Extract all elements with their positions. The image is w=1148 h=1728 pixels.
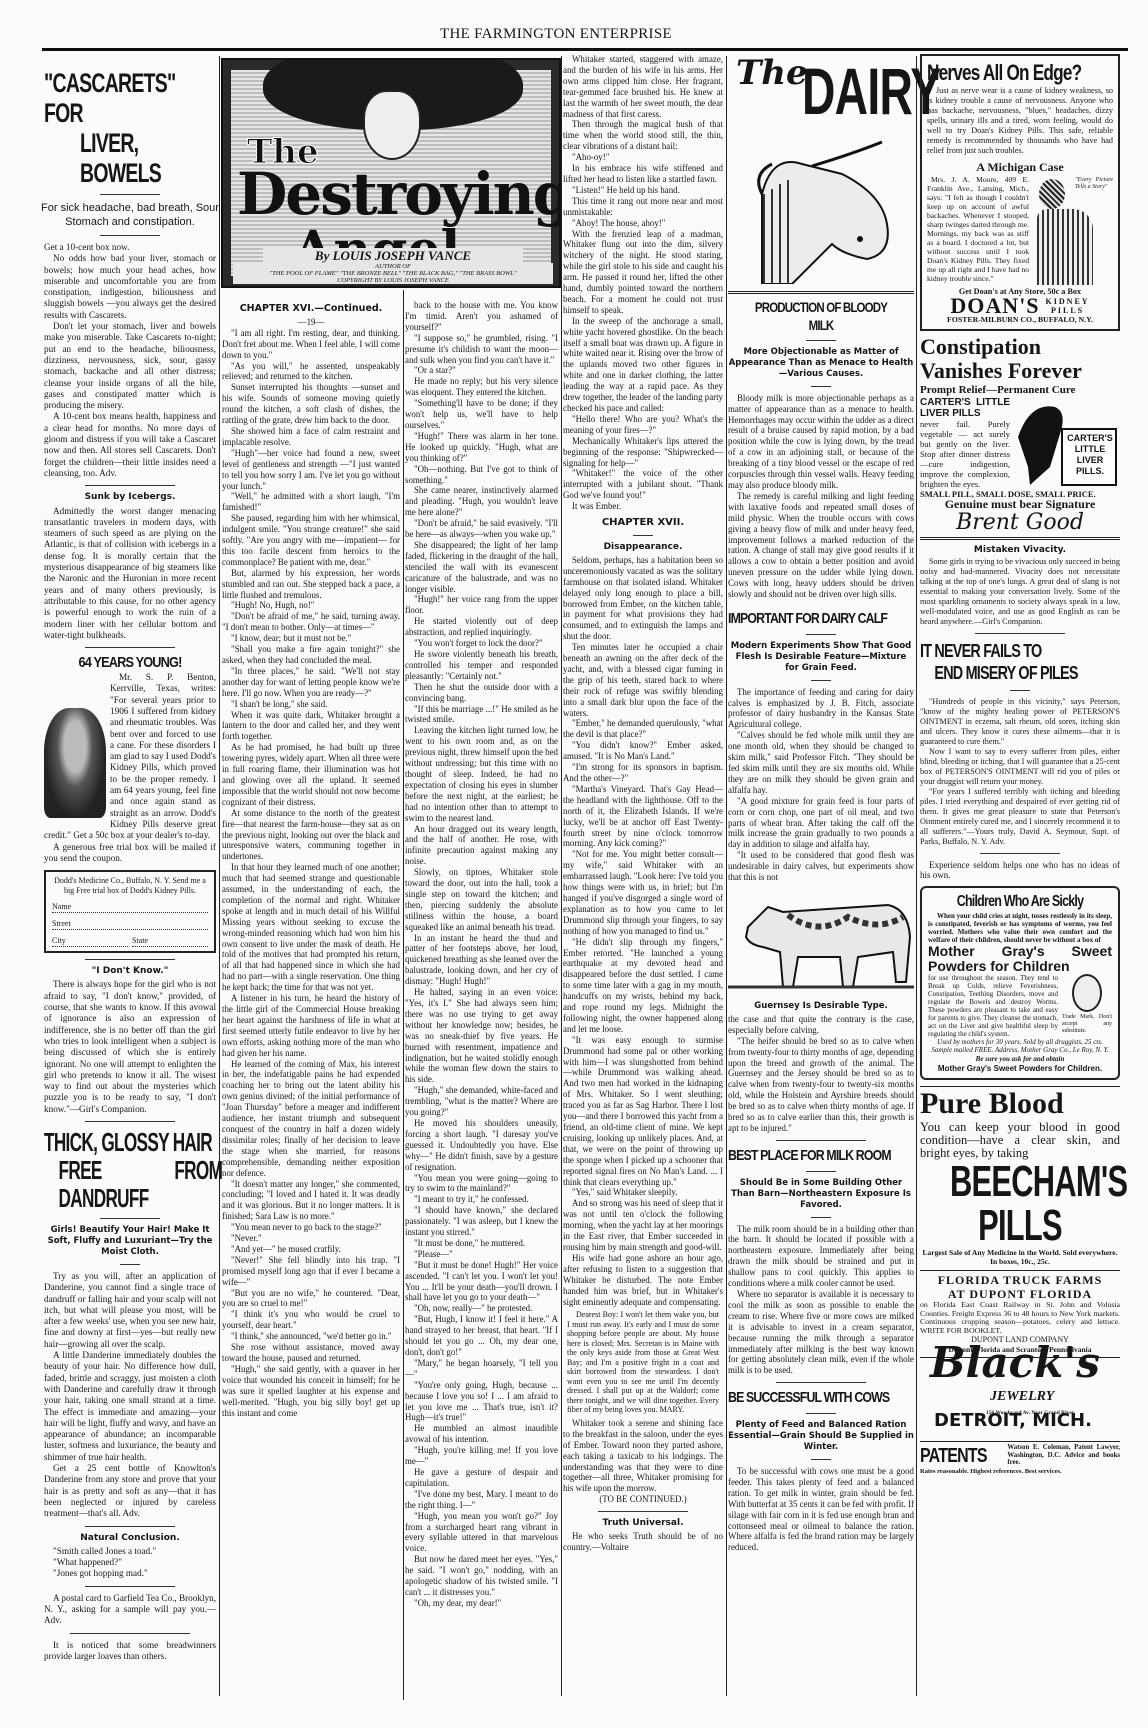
cascarets-headline-1: "CASCARETS" FOR <box>44 68 217 128</box>
cascarets-headline-2: LIVER, BOWELS <box>44 128 217 188</box>
serial-paragraph: Then he shut the outside door with a con… <box>405 682 558 704</box>
banner-title-1: Destroying <box>237 160 561 228</box>
mother-portrait-illustration: Trade Mark. Don't accept any substitute. <box>1062 974 1112 1034</box>
patents-footer: Rates reasonable. Highest references. Be… <box>920 1467 1120 1477</box>
danderine-subhead: Girls! Beautify Your Hair! Make It Soft,… <box>44 1225 216 1258</box>
serial-paragraph: "Hugh!" her voice rang from the upper fl… <box>405 594 558 616</box>
patents-headline: PATENTS <box>920 1445 987 1467</box>
serial-column-b: back to the house with me. You know I'm … <box>405 300 558 1609</box>
mother-gray-ad: Children Who Are Sickly When your child … <box>920 886 1120 1080</box>
carters-headline-2: Vanishes Forever <box>920 359 1120 383</box>
coupon-text: Dodd's Medicine Co., Buffalo, N. Y. Send… <box>52 876 208 896</box>
florida-body: on Florida East Coast Railway in St. Joh… <box>920 1301 1120 1335</box>
danderine-ad: THICK, GLOSSY HAIR FREE FROM DANDRUFF Gi… <box>44 1128 216 1520</box>
serial-paragraph: He moved his shoulders uneasily, forcing… <box>405 1118 558 1173</box>
destroying-angel-banner: The Destroying Angel By LOUIS JOSEPH VAN… <box>221 58 561 288</box>
woman-illustration: "Every Picture Tells a Story" <box>1033 175 1113 287</box>
dairy-paragraph: The remedy is careful milking and light … <box>728 491 914 600</box>
breadwinners-filler: It is noticed that some breadwinners pro… <box>44 1640 216 1663</box>
serial-paragraph: "You're only going, Hugh, because ... be… <box>405 1380 558 1424</box>
serial-paragraph: Ten minutes later he occupied a chair be… <box>563 642 723 718</box>
serial-paragraph: "Oh—nothing. But I've got to think of so… <box>405 464 558 486</box>
beechams-body: You can keep your blood in good conditio… <box>920 1121 1120 1160</box>
carters-signature-line: Genuine must bear Signature <box>920 499 1120 509</box>
dodds-coupon[interactable]: Dodd's Medicine Co., Buffalo, N. Y. Send… <box>44 870 216 953</box>
dont-know-title: "I Don't Know." <box>44 966 216 977</box>
serial-paragraph: "If this be marriage ...!" He smiled as … <box>405 704 558 726</box>
serial-paragraph: In his embrace his wife stiffened and li… <box>563 163 723 185</box>
dodds-body: A generous free trial box will be mailed… <box>44 842 216 865</box>
serial-column-a: CHAPTER XVI.—Continued. —19— "I am all r… <box>222 300 400 1418</box>
column-rule <box>561 56 562 1696</box>
carters-headline-1: Constipation <box>920 335 1120 359</box>
dairy-paragraph: "Calves should be fed whole milk until t… <box>728 730 914 795</box>
serial-paragraph: "Never!" She fell blindly into his trap.… <box>222 1255 400 1288</box>
serial-paragraph: He swore violently beneath his breath, c… <box>405 649 558 682</box>
serial-paragraph: She disappeared; the light of her lamp f… <box>405 540 558 595</box>
guernsey-caption: Guernsey Is Desirable Type. <box>728 1001 914 1012</box>
peterson-paragraph: "Hundreds of people in this vicinity," s… <box>920 697 1120 747</box>
serial-paragraphs: back to the house with me. You know I'm … <box>405 300 558 1609</box>
installment-number: —19— <box>222 317 400 328</box>
serial-paragraph: Whitaker took a serene and shining face … <box>563 1418 723 1494</box>
experience-filler: Experience seldom helps one who has no i… <box>920 860 1120 880</box>
serial-paragraph: He learned of the coming of Max, his int… <box>222 1059 400 1179</box>
serial-paragraph: He started violently out of deep abstrac… <box>405 616 558 638</box>
serial-paragraph: At some distance to the north of the gre… <box>222 808 400 863</box>
serial-paragraph: "Oh, now, really—" he protested. <box>405 1303 558 1314</box>
serial-paragraph: In an instant he heard the thud and patt… <box>405 933 558 988</box>
serial-paragraph: Leaving the kitchen light turned low, he… <box>405 725 558 823</box>
chapter-xvii-heading: CHAPTER XVII. <box>563 518 723 529</box>
coupon-state-field[interactable]: State <box>132 936 208 947</box>
beechams-ad: Pure Blood You can keep your blood in go… <box>920 1086 1120 1266</box>
serial-paragraph: He made no reply; but his very silence w… <box>405 376 558 398</box>
natural-conclusion-title: Natural Conclusion. <box>44 1533 216 1544</box>
serial-paragraphs: Seldom, perhaps, has a habitation been s… <box>563 555 723 1308</box>
carters-ad: Constipation Vanishes Forever Prompt Rel… <box>920 335 1120 540</box>
serial-paragraph: "I'm strong for its sponsors in baptism.… <box>563 762 723 784</box>
serial-paragraph: "Listen!" He held up his hand. <box>563 185 723 196</box>
dairy-paragraph: Where no separator is available it is ne… <box>728 1289 914 1376</box>
serial-paragraph: "Something'll have to be done; if they w… <box>405 398 558 431</box>
serial-paragraph: "But, Hugh, I know it! I feel it here." … <box>405 1314 558 1358</box>
serial-paragraph: "Mary," he began hoarsely, "I tell you—" <box>405 1358 558 1380</box>
dairy-paragraph: The milk room should be in a building ot… <box>728 1224 914 1289</box>
newspaper-title: THE FARMINGTON ENTERPRISE <box>440 26 672 43</box>
serial-paragraph: "Yes," said Whitaker sleepily. <box>563 1187 723 1198</box>
serial-paragraph: His wife had gone ashore an hour ago, af… <box>563 1253 723 1308</box>
serial-paragraph: "Hugh"—her voice had found a new, sweet … <box>222 448 400 492</box>
mother-gray-used-by: Used by mothers for 30 years. Sold by al… <box>928 1038 1112 1054</box>
serial-paragraph: "I've done my best, Mary. I meant to do … <box>405 1489 558 1511</box>
serial-paragraph: An hour dragged out its weary length, an… <box>405 824 558 868</box>
serial-paragraph: "I am all right. I'm resting, dear, and … <box>222 328 400 361</box>
serial-paragraph: "And yet—" he mused cratfily. <box>222 1244 400 1255</box>
serial-paragraph: "Hugh," she demanded, white-faced and tr… <box>405 1085 558 1118</box>
column-1: "CASCARETS" FOR LIVER, BOWELS For sick h… <box>44 54 216 1662</box>
dont-know-body: There is always hope for the girl who is… <box>44 979 216 1115</box>
cascarets-paragraph: A 10-cent box means health, happiness an… <box>44 411 216 479</box>
serial-paragraph: "I think it's you who would be cruel to … <box>222 1309 400 1331</box>
to-be-continued: (TO BE CONTINUED.) <box>563 1494 723 1505</box>
carters-box-label: CARTER'S LITTLE LIVER PILLS. <box>1066 433 1114 477</box>
serial-paragraph: As he had promised, he had built up thre… <box>222 742 400 807</box>
serial-paragraph: "Please—" <box>405 1249 558 1260</box>
serial-paragraph: "Ahoy! The house, ahoy!" <box>563 218 723 229</box>
serial-paragraph: "Hugh," she said gently, with a quaver i… <box>222 1364 400 1419</box>
beechams-headline: Pure Blood <box>920 1087 1120 1121</box>
serial-paragraph: He gave a gesture of despair and capitul… <box>405 1467 558 1489</box>
doans-brand: DOAN'S <box>950 301 1039 311</box>
cascarets-subhead: For sick headache, bad breath, Sour Stom… <box>40 201 220 229</box>
milk-room-subhead: Should Be in Some Building Other Than Ba… <box>728 1178 914 1211</box>
serial-paragraph: "It must be done," he muttered. <box>405 1238 558 1249</box>
doans-ad: Nerves All On Edge? Just as nerve wear i… <box>920 54 1120 331</box>
serial-paragraph: "Ember," he demanded querulously, "what … <box>563 718 723 740</box>
danderine-paragraph: Try as you will, after an application of… <box>44 1271 216 1350</box>
doans-case-title: A Michigan Case <box>927 162 1113 172</box>
serial-paragraph: When it was quite dark, Whitaker brought… <box>222 710 400 743</box>
serial-paragraph: It was Ember. <box>563 501 723 512</box>
picture-caption: "Every Picture Tells a Story" <box>1075 177 1113 191</box>
serial-paragraph: "Never." <box>222 1233 400 1244</box>
danderine-paragraph: A little Danderine immediately doubles t… <box>44 1350 216 1463</box>
dairy-logo-the: The <box>736 68 808 79</box>
joke-line: "What happened?" <box>44 1557 216 1568</box>
florida-headline-2: AT DUPONT FLORIDA <box>920 1287 1120 1301</box>
serial-paragraph: "I suppose so," he grumbled, rising. "I … <box>405 333 558 366</box>
serial-paragraph: She showed him a face of calm restraint … <box>222 426 400 448</box>
carters-tagline: Prompt Relief—Permanent Cure <box>920 383 1120 397</box>
coupon-street-field[interactable]: Street <box>52 919 208 930</box>
serial-paragraph: "Hugh, you're killing me! If you love me… <box>405 1445 558 1467</box>
serial-paragraph: Then through the magical hush of that ti… <box>563 119 723 152</box>
portrait-photo <box>44 708 106 818</box>
joke-line: "Jones got hopping mad." <box>44 1568 216 1579</box>
cascarets-paragraph: Get a 10-cent box now. <box>44 242 216 253</box>
dairy-column: The DAIRY PRODUCTION OF BLOODY MILK More… <box>728 54 914 1553</box>
serial-paragraph: "Hugh, you mean you won't go?" Joy from … <box>405 1511 558 1555</box>
serial-paragraph: She rose without assistance, moved away … <box>222 1342 400 1364</box>
serial-paragraph: And so strong was his need of sleep that… <box>563 1198 723 1253</box>
chapter-heading: CHAPTER XVI.—Continued. <box>222 304 400 315</box>
serial-paragraph: "Aho-oy!" <box>563 152 723 163</box>
serial-paragraph: "Or a star?" <box>405 365 558 376</box>
serial-paragraph: "Oh, my dear, my dear!" <box>405 1598 558 1609</box>
mother-gray-brand: Mother Gray's Sweet Powders for Children <box>928 944 1112 974</box>
serial-paragraph: "You mean never to go back to the stage?… <box>222 1222 400 1233</box>
serial-paragraph: "You mean you were going—going to try to… <box>405 1173 558 1195</box>
mary-letter: Dearest Boy: I won't let them wake you, … <box>567 1310 719 1415</box>
serial-paragraph: "You won't forget to lock the door?" <box>405 638 558 649</box>
carters-signature: Brent Good <box>920 509 1120 540</box>
banner-author-of: AUTHOR OF <box>233 263 553 270</box>
woman-face-illustration <box>363 90 421 160</box>
mother-gray-footer: Mother Gray's Sweet Powders for Children… <box>928 1064 1112 1074</box>
peterson-headline-1: IT NEVER FAILS TO <box>920 640 1120 662</box>
serial-paragraph: In the sweep of the anchorage a small, w… <box>563 316 723 414</box>
serial-paragraph: "Hugh!" There was alarm in her tone. He … <box>405 431 558 464</box>
blacks-city: DETROIT, MICH. <box>934 1416 1092 1426</box>
successful-cows-headline: BE SUCCESSFUL WITH COWS <box>728 1389 917 1407</box>
crow-with-sign-illustration: CARTER'S LITTLE LIVER PILLS. <box>1010 397 1120 489</box>
dodds-ad: 64 YEARS YOUNG! Mr. S. P. Benton, Kerrvi… <box>44 654 216 953</box>
truth-universal-body: He who seeks Truth should be of no count… <box>563 1531 723 1553</box>
mother-gray-headline: Children Who Are Sickly <box>948 892 1092 912</box>
serial-paragraph: "Don't be afraid," he said evasively. "I… <box>405 518 558 540</box>
serial-paragraph: "I meant to try it," he confessed. <box>405 1194 558 1205</box>
serial-paragraph: "I shan't be long," she said. <box>222 699 400 710</box>
guernsey-cow-icon <box>728 887 914 997</box>
serial-paragraph: Seldom, perhaps, has a habitation been s… <box>563 555 723 642</box>
trade-mark-note: Trade Mark. Don't accept any substitute. <box>1062 1014 1112 1035</box>
blacks-brand: Black's <box>930 1358 1100 1368</box>
column-rule <box>916 56 917 1696</box>
dodds-headline: 64 YEARS YOUNG! <box>57 654 203 672</box>
garfield-notice: A postal card to Garfield Tea Co., Brook… <box>44 1593 216 1627</box>
serial-paragraph: "Martha's Vineyard. That's Gay Head—the … <box>563 784 723 849</box>
serial-paragraph: Slowly, on tiptoes, Whitaker stole towar… <box>405 867 558 932</box>
ads-column: Nerves All On Edge? Just as nerve wear i… <box>920 54 1120 1477</box>
chapter-xvii-subtitle: Disappearance. <box>563 542 723 553</box>
danderine-paragraph: Get a 25 cent bottle of Knowlton's Dande… <box>44 1463 216 1519</box>
serial-paragraph: She came nearer, instinctively alarmed a… <box>405 485 558 518</box>
doans-headline: Nerves All On Edge? <box>927 60 1122 86</box>
serial-paragraph: "As you will," he assented, unspeakably … <box>222 361 400 383</box>
serial-paragraphs: Whitaker started, staggered with amaze, … <box>563 54 723 512</box>
dairy-paragraph: The importance of feeding and caring for… <box>728 687 914 731</box>
doans-maker: FOSTER-MILBURN CO., BUFFALO, N.Y. <box>927 315 1113 325</box>
coupon-city-field[interactable]: City <box>52 936 128 947</box>
vivacity-title: Mistaken Vivacity. <box>920 545 1120 555</box>
serial-paragraph: "I should have known," she declared pass… <box>405 1205 558 1238</box>
danderine-headline-2: FREE FROM DANDRUFF <box>44 1156 222 1212</box>
serial-column-c: Whitaker started, staggered with amaze, … <box>563 54 723 1553</box>
serial-paragraph: "But you are no wife," he countered. "De… <box>222 1288 400 1310</box>
peterson-ad: IT NEVER FAILS TO END MISERY OF PILES "H… <box>920 640 1120 847</box>
peterson-headline-2: END MISERY OF PILES <box>920 662 1120 684</box>
serial-paragraph: "Not for me. You might better consult—my… <box>563 849 723 936</box>
blacks-sub: JEWELRY <box>990 1392 1054 1402</box>
serial-paragraphs: "I am all right. I'm resting, dear, and … <box>222 328 400 1419</box>
banner-works: "THE POOL OF FLAME" "THE BRONZE BELL" "T… <box>233 270 553 277</box>
serial-paragraph: "Don't be afraid of me," he said, turnin… <box>222 611 400 633</box>
icebergs-body: Admittedly the worst danger menacing tra… <box>44 506 216 642</box>
serial-paragraph: Mechanically Whitaker's lips uttered the… <box>563 436 723 469</box>
peterson-paragraph: "For years I suffered terribly with itch… <box>920 787 1120 847</box>
serial-paragraph: "I think," she announced, "we'd better g… <box>222 1331 400 1342</box>
masthead-rule <box>42 48 1128 51</box>
banner-copyright: COPYRIGHT BY LOUIS JOSEPH VANCE <box>233 277 553 284</box>
peterson-paragraph: Now I want to say to every sufferer from… <box>920 747 1120 787</box>
joke-line: "Smith called Jones a toad." <box>44 1546 216 1557</box>
coupon-name-field[interactable]: Name <box>52 902 208 913</box>
truth-universal-title: Truth Universal. <box>563 1518 723 1529</box>
serial-paragraph: "Hugh! No, Hugh, no!" <box>222 600 400 611</box>
serial-paragraph: He mumbled an almost inaudible avowal of… <box>405 1423 558 1445</box>
column-rule <box>726 56 727 1696</box>
dairy-paragraph: Bloody milk is more objectionable perhap… <box>728 393 914 491</box>
mother-gray-be-sure: Be sure you ask for and obtain <box>928 1054 1112 1064</box>
patents-ad: PATENTS Watson E. Coleman, Patent Lawyer… <box>920 1441 1120 1467</box>
bloody-milk-headline: PRODUCTION OF BLOODY MILK <box>745 298 898 334</box>
serial-paragraph: "Shall you make a fire again tonight?" s… <box>222 644 400 666</box>
serial-paragraph: With the frenzied leap of a madman, Whit… <box>563 229 723 316</box>
bloody-milk-subhead: More Objectionable as Matter of Appearan… <box>728 347 914 380</box>
successful-cows-subhead: Plenty of Feed and Balanced Ration Essen… <box>728 1420 914 1453</box>
serial-paragraph: Sunset interrupted his thoughts —sunset … <box>222 382 400 426</box>
serial-paragraph: This time it rang out more near and most… <box>563 196 723 218</box>
serial-paragraph: But, alarmed by his expression, her word… <box>222 568 400 601</box>
beechams-brand-2: PILLS <box>950 1204 1090 1248</box>
dairy-paragraph: "The heifer should be bred so as to calv… <box>728 1036 914 1134</box>
serial-paragraph: "It doesn't matter any longer," she comm… <box>222 1179 400 1223</box>
dairy-paragraph: "A good mixture for grain feed is four p… <box>728 796 914 851</box>
dairy-calf-headline: IMPORTANT FOR DAIRY CALF <box>728 610 917 628</box>
serial-paragraph: "Well," he admitted with a short laugh, … <box>222 491 400 513</box>
masthead: THE FARMINGTON ENTERPRISE <box>0 20 1148 50</box>
serial-paragraph: "But it must be done! Hugh!" Her voice a… <box>405 1260 558 1304</box>
danderine-headline-1: THICK, GLOSSY HAIR <box>44 1128 222 1156</box>
banner-byline: By LOUIS JOSEPH VANCE <box>263 248 523 264</box>
cascarets-paragraph: No odds how bad your liver, stomach or b… <box>44 253 216 321</box>
dairy-paragraph: "It used to be considered that good fles… <box>728 850 914 883</box>
milk-room-headline: BEST PLACE FOR MILK ROOM <box>728 1147 917 1165</box>
beechams-footer: Largest Sale of Any Medicine in the Worl… <box>920 1248 1120 1266</box>
dairy-logo: The DAIRY <box>728 54 914 294</box>
serial-paragraph: back to the house with me. You know I'm … <box>405 300 558 333</box>
column-rule <box>403 290 404 1700</box>
patents-body: Watson E. Coleman, Patent Lawyer, Washin… <box>1007 1444 1120 1467</box>
dairy-calf-subhead: Modern Experiments Show That Good Flesh … <box>728 641 914 674</box>
blacks-jewelry-ad: Black's JEWELRY 156 Woodward Av. Near Gr… <box>920 1357 1120 1439</box>
serial-paragraph: "Whitaker!" the voice of the other inter… <box>563 468 723 501</box>
cascarets-paragraph: Don't let your stomach, liver and bowels… <box>44 321 216 411</box>
icebergs-title: Sunk by Icebergs. <box>44 492 216 503</box>
serial-paragraph: She paused, regarding him with her whims… <box>222 513 400 568</box>
serial-paragraph: In that hour they learned much of one an… <box>222 862 400 993</box>
serial-paragraph: "It was easy enough to surmise Drummond … <box>563 1035 723 1188</box>
serial-paragraph: "You didn't know?" Ember asked, amused. … <box>563 740 723 762</box>
column-rule <box>219 56 220 1696</box>
beechams-brand-1: BEECHAM'S <box>950 1160 1090 1204</box>
cascarets-ad: "CASCARETS" FOR LIVER, BOWELS For sick h… <box>44 68 216 479</box>
serial-paragraph: Whitaker started, staggered with amaze, … <box>563 54 723 119</box>
serial-paragraph: But now he dared meet her eyes. "Yes," h… <box>405 1554 558 1598</box>
doans-intro: Just as nerve wear is a cause of kidney … <box>927 86 1113 156</box>
cow-head-icon <box>732 134 912 284</box>
florida-headline-1: FLORIDA TRUCK FARMS <box>920 1273 1120 1287</box>
serial-paragraph: "I know, dear; but it must not be." <box>222 633 400 644</box>
serial-paragraph: "Hello there! Who are you? What's the me… <box>563 414 723 436</box>
mother-gray-intro: When your child cries at night, tosses r… <box>928 912 1112 944</box>
serial-paragraph: A listener in his turn, he heard the his… <box>222 993 400 1058</box>
serial-paragraph: "He didn't slip through my fingers," Emb… <box>563 937 723 1035</box>
serial-paragraph: "In three places," he said. "We'll not s… <box>222 666 400 699</box>
dairy-paragraph: the case and that quite the contrary is … <box>728 1014 914 1036</box>
vivacity-body: Some girls in trying to be vivacious onl… <box>920 557 1120 627</box>
serial-paragraph: He halted, saying in an even voice: "Yes… <box>405 987 558 1085</box>
dairy-paragraph: To be successful with cows one must be a… <box>728 1466 914 1553</box>
